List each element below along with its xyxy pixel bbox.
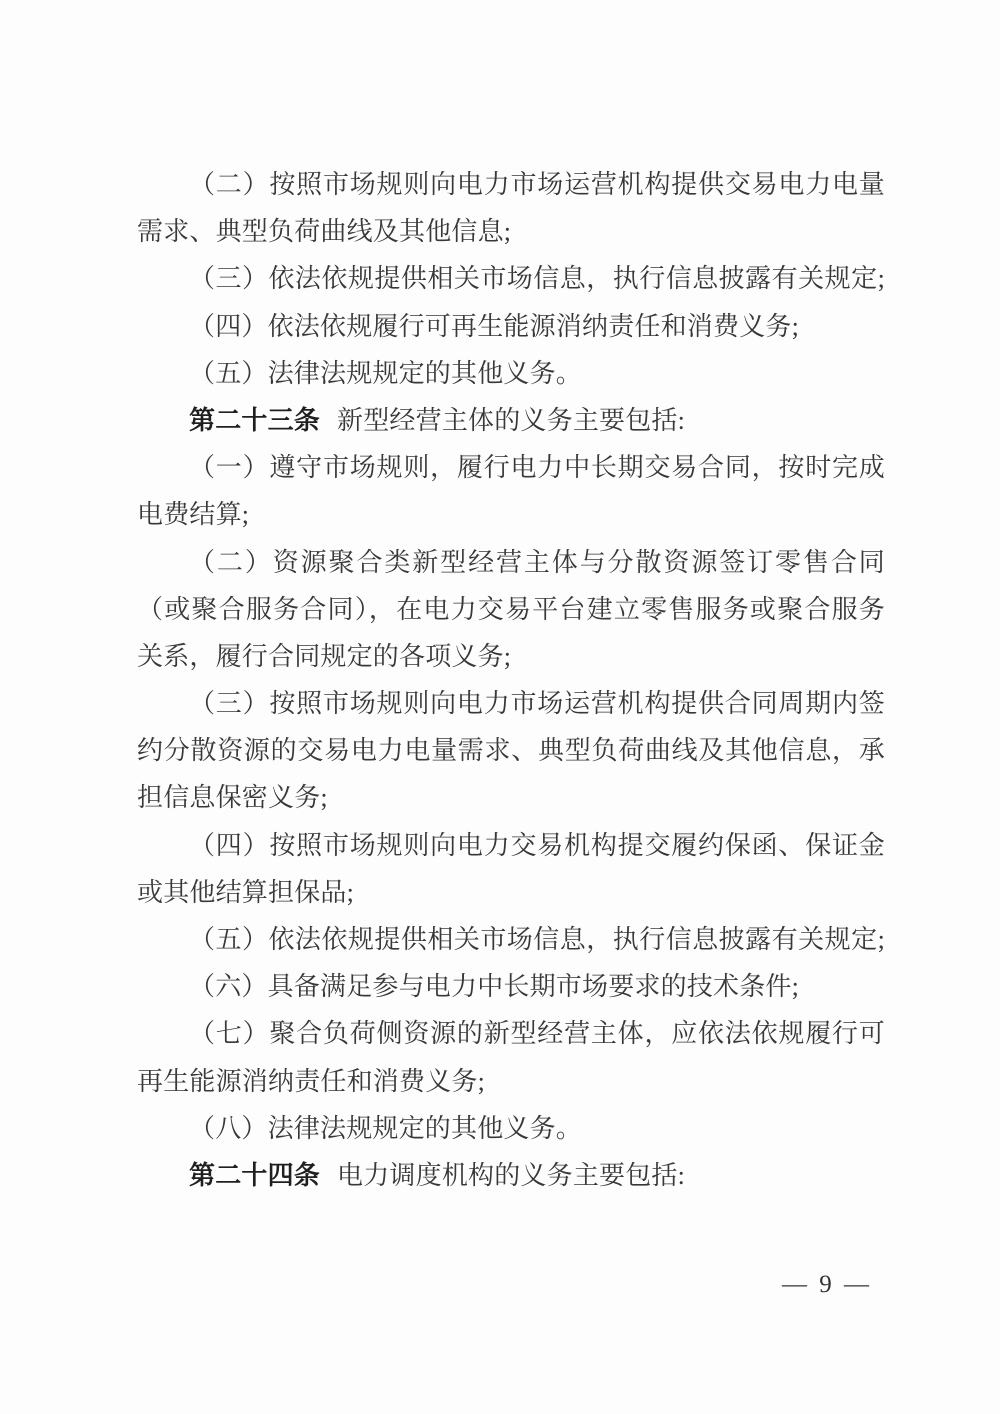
- text-line: 或其他结算担保品;: [137, 869, 885, 916]
- text-line: （一）遵守市场规则，履行电力中长期交易合同，按时完成: [137, 444, 885, 491]
- text-line: 第二十四条电力调度机构的义务主要包括:: [137, 1152, 885, 1199]
- text-line: （三）按照市场规则向电力市场运营机构提供合同周期内签: [137, 680, 885, 727]
- line-text: 约分散资源的交易电力电量需求、典型负荷曲线及其他信息，承: [137, 736, 885, 765]
- line-text: 再生能源消纳责任和消费义务;: [137, 1067, 485, 1096]
- text-line: 第二十三条新型经营主体的义务主要包括:: [137, 397, 885, 444]
- text-line: 电费结算;: [137, 491, 885, 538]
- line-text: 关系，履行合同规定的各项义务;: [137, 642, 511, 671]
- line-text: （五）依法依规提供相关市场信息，执行信息披露有关规定;: [189, 925, 885, 954]
- text-line: 需求、典型负荷曲线及其他信息;: [137, 208, 885, 255]
- line-text: （二）资源聚合类新型经营主体与分散资源签订零售合同: [189, 548, 885, 577]
- text-line: 约分散资源的交易电力电量需求、典型负荷曲线及其他信息，承: [137, 727, 885, 774]
- line-text: 电费结算;: [137, 500, 249, 529]
- text-line: （四）依法依规履行可再生能源消纳责任和消费义务;: [137, 303, 885, 350]
- line-text: （三）依法依规提供相关市场信息，执行信息披露有关规定;: [189, 264, 885, 293]
- line-text: （或聚合服务合同），在电力交易平台建立零售服务或聚合服务: [137, 595, 885, 624]
- line-text: 新型经营主体的义务主要包括:: [337, 406, 685, 435]
- text-line: （二）按照市场规则向电力市场运营机构提供交易电力电量: [137, 161, 885, 208]
- line-text: 需求、典型负荷曲线及其他信息;: [137, 217, 511, 246]
- line-text: （三）按照市场规则向电力市场运营机构提供合同周期内签: [189, 689, 885, 718]
- article-number: 第二十三条: [189, 406, 320, 435]
- text-line: 再生能源消纳责任和消费义务;: [137, 1058, 885, 1105]
- document-body: （二）按照市场规则向电力市场运营机构提供交易电力电量需求、典型负荷曲线及其他信息…: [137, 161, 885, 1199]
- line-text: （一）遵守市场规则，履行电力中长期交易合同，按时完成: [189, 453, 885, 482]
- line-text: （四）依法依规履行可再生能源消纳责任和消费义务;: [189, 312, 799, 341]
- text-line: 关系，履行合同规定的各项义务;: [137, 633, 885, 680]
- text-line: （七）聚合负荷侧资源的新型经营主体，应依法依规履行可: [137, 1010, 885, 1057]
- line-text: （七）聚合负荷侧资源的新型经营主体，应依法依规履行可: [189, 1019, 885, 1048]
- line-text: （八）法律法规规定的其他义务。: [189, 1114, 582, 1143]
- text-line: （五）依法依规提供相关市场信息，执行信息披露有关规定;: [137, 916, 885, 963]
- text-line: （五）法律法规规定的其他义务。: [137, 350, 885, 397]
- document-page: （二）按照市场规则向电力市场运营机构提供交易电力电量需求、典型负荷曲线及其他信息…: [0, 0, 1000, 1414]
- text-line: （六）具备满足参与电力中长期市场要求的技术条件;: [137, 963, 885, 1010]
- line-text: （四）按照市场规则向电力交易机构提交履约保函、保证金: [189, 831, 885, 860]
- page-number: — 9 —: [782, 1268, 872, 1302]
- line-text: （六）具备满足参与电力中长期市场要求的技术条件;: [189, 972, 799, 1001]
- line-text: 电力调度机构的义务主要包括:: [337, 1161, 685, 1190]
- line-text: （二）按照市场规则向电力市场运营机构提供交易电力电量: [189, 170, 885, 199]
- scanned-document-page: { "colors": { "background": "#fdfdfd", "…: [0, 0, 1000, 1414]
- text-line: （或聚合服务合同），在电力交易平台建立零售服务或聚合服务: [137, 586, 885, 633]
- text-line: （四）按照市场规则向电力交易机构提交履约保函、保证金: [137, 822, 885, 869]
- line-text: 或其他结算担保品;: [137, 878, 354, 907]
- line-text: 担信息保密义务;: [137, 783, 328, 812]
- text-line: （三）依法依规提供相关市场信息，执行信息披露有关规定;: [137, 255, 885, 302]
- text-line: （八）法律法规规定的其他义务。: [137, 1105, 885, 1152]
- text-line: （二）资源聚合类新型经营主体与分散资源签订零售合同: [137, 539, 885, 586]
- line-text: （五）法律法规规定的其他义务。: [189, 359, 582, 388]
- article-number: 第二十四条: [189, 1161, 320, 1190]
- text-line: 担信息保密义务;: [137, 774, 885, 821]
